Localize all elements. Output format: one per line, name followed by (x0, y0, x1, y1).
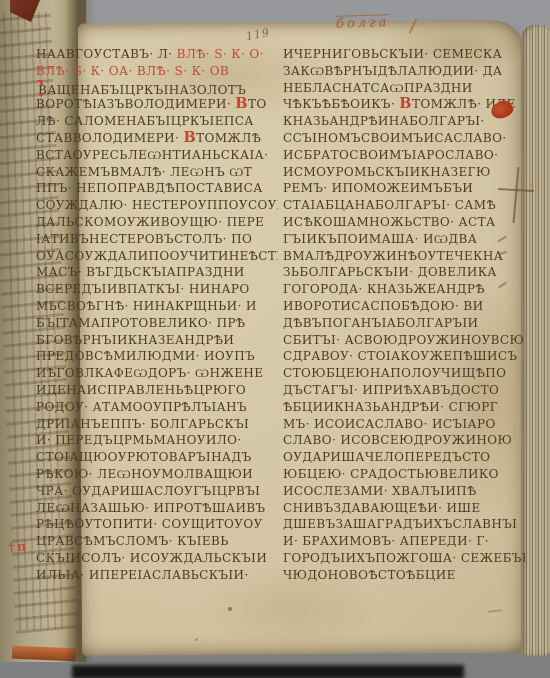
ink-text: городъіихъпожгоша· сежебъі (283, 551, 525, 565)
text-line: иденаисправленьѣцрюго (36, 382, 278, 399)
ink-text: масъ· въгдьскъіапраздни (36, 265, 245, 279)
text-line: ремъ· ипоможеимъбъи (283, 180, 525, 197)
text-line: городъіихъпожгоша· сежебъі (283, 550, 525, 567)
text-line: стоюбцеюнаполоучищѣпо (283, 365, 525, 382)
text-line: воротѣіазъволодимери· вто (36, 96, 278, 113)
text-line: мъ· исоисаславо· исъіаро (283, 416, 525, 433)
ink-text: оударишачелопередъсто (283, 450, 490, 464)
ink-text: родоу· атамооупрѣлъіанъ (36, 400, 247, 414)
drop-cap-initial: с (36, 85, 38, 97)
ink-text: дъстагъі· иприѣхавъдосто (283, 383, 499, 397)
text-line: небласнатсаѡпраздни (283, 80, 525, 97)
text-line: ставволодимери· втомжлѣ (36, 130, 278, 147)
text-line: оуасоуждалипооучитинеѣсти (36, 248, 278, 265)
rubric-text: влѣ· ѕ· к· оа· влѣ· ѕ· к· ов (36, 64, 229, 78)
text-line: чѣкъѣбѣоикъ· втомжлѣ· иде (283, 96, 525, 113)
text-line: соуждалю· нестероуппоусоуж (36, 197, 278, 214)
rubric-text: в (183, 130, 196, 146)
running-title: болга (336, 15, 390, 32)
text-line: сдравоу· стоіакоужепѣшисъ (283, 348, 525, 365)
ink-text: исѣкошамножьство· аста (283, 215, 495, 229)
ink-text: кназьандрѣинаболгаръі· (283, 114, 485, 128)
text-line: дъстагъі· иприѣхавъдосто (283, 382, 525, 399)
text-line: исослезами· хвалъіипѣ (283, 483, 525, 500)
manuscript-photo: †п 119 болга наавгоуставъ· л· влѣ· ѕ· к·… (0, 0, 550, 678)
ink-text: ремъ· ипоможеимъбъи (283, 181, 473, 195)
ink-text: гогорода· кназьжеандрѣ (283, 282, 485, 296)
fore-edge-pages (521, 25, 550, 656)
ink-text: и· брахимовъ· апереди· г· (283, 534, 489, 548)
ink-text: дѣвъпоганъіаболгаръіи (283, 316, 478, 330)
text-line: масъ· въгдьскъіапраздни (36, 264, 278, 281)
ink-text: предовсѣмилюдми· иоупъ (36, 349, 255, 363)
text-line: закѡвѣрнъідѣлалюдии· да (283, 63, 525, 80)
ink-text: бъітамапротовелико· прѣ (36, 316, 245, 330)
text-line: чра· оударишаслоугъіцрвъі (36, 483, 278, 500)
ink-text: снивъздавающеѣи· ише (283, 501, 481, 515)
text-line: скъіисолъ· исоуждальскъіи (36, 550, 278, 567)
ink-text: славо· исовсеюдроужиною (283, 433, 512, 447)
ink-text: встаоуресьлеѡнтианьскаіа· (36, 148, 268, 162)
ink-text: воротѣіазъволодимери· (36, 97, 235, 111)
ink-text: ичерниговьскъіи· семеска (283, 47, 502, 61)
text-line: снивъздавающеѣи· ише (283, 500, 525, 517)
ink-text: цравсѣмъсломъ· къіевь (36, 534, 229, 548)
ink-text: ващенабъіцркъіназолотъ (38, 83, 246, 97)
text-line: встаоуресьлеѡнтианьскаіа· (36, 147, 278, 164)
ink-text: исослезами· хвалъіипѣ (283, 484, 477, 498)
text-line: ичерниговьскъіи· семеска (283, 46, 525, 63)
ink-text: небласнатсаѡпраздни (283, 81, 473, 95)
ink-text: мьсвоѣгнѣ· нинакрщньи· и (36, 299, 257, 313)
ink-dot (228, 607, 232, 611)
ink-text: чра· оударишаслоугъіцрвъі (36, 484, 260, 498)
margin-cross-mark (497, 167, 535, 223)
text-line: исмоуромьскъіикназегю (283, 164, 525, 181)
ink-text: иворотисаспобѣдою· ви (283, 299, 483, 313)
ink-text: закѡвѣрнъідѣлалюдии· да (283, 64, 502, 78)
ink-text: чюдоновоѣстоѣбцие (283, 568, 456, 582)
text-line: иѣговлкафеѡдоръ· ѡнжене (36, 365, 278, 382)
ink-text: гъіикъпоимаша· иѡдва (283, 232, 477, 246)
ink-text: оуасоуждалипооучитинеѣсти (36, 249, 278, 263)
ink-dot (195, 638, 198, 641)
text-line: цравсѣмъсломъ· къіевь (36, 533, 278, 550)
text-line: предовсѣмилюдми· иоупъ (36, 348, 278, 365)
right-text-column: ичерниговьскъіи· семесказакѡвѣрнъідѣлалю… (283, 46, 525, 584)
ink-text: то (248, 97, 267, 111)
ink-text: леѡназашью· ипротѣшаивъ (36, 501, 265, 515)
text-line: дѣвъпоганъіаболгаръіи (283, 315, 525, 332)
ink-text: рѣкою· леѡноумолващюи (36, 467, 253, 481)
ink-text: иѣговлкафеѡдоръ· ѡнжене (36, 366, 263, 380)
ink-text: стоіащюоурютоваръінадъ (36, 450, 252, 464)
text-line: леѡназашью· ипротѣшаивъ (36, 500, 278, 517)
ink-text: вмалѣдроужинѣоутечекна (283, 249, 503, 263)
ink-text: ильіа· ипереіаславьскъіи· (36, 568, 249, 582)
ink-text: исмоуромьскъіикназегю (283, 165, 491, 179)
text-line: вмалѣдроужинѣоутечекна (283, 248, 525, 265)
ink-text: дшевъзашаградъихъславнъі (283, 517, 517, 531)
text-line: дриіанъеппъ· болгарьскъі (36, 416, 278, 433)
text-line: исбратосвоимъіарославо· (283, 147, 525, 164)
ink-text: ппъ· непоправдѣпостависа (36, 181, 263, 195)
ink-text: мъ· исоисаславо· исъіаро (283, 417, 496, 431)
ink-text: ссъіномъсвоимъисаславо· (283, 131, 507, 145)
book-shadow (72, 665, 464, 678)
ink-text: скажемъвмалѣ· леѡнъ ѡт (36, 165, 252, 179)
ink-text: чѣкъѣбѣоикъ· (283, 97, 399, 111)
ink-text: всередъіивпаткъі· нинаро (36, 282, 250, 296)
ink-text: зьболгарьскъіи· довелика (283, 265, 497, 279)
text-line: сващенабъіцркъіназолотъ (36, 80, 278, 97)
ink-text: томжлѣ (196, 131, 261, 145)
text-line: и· передъцрмьманоуило· (36, 432, 278, 449)
text-line: скажемъвмалѣ· леѡнъ ѡт (36, 164, 278, 181)
text-line: стаіабцанаболгаръі· самѣ (283, 197, 525, 214)
ink-text: іативънестеровъстолъ· по (36, 232, 252, 246)
text-line: іативънестеровъстолъ· по (36, 231, 278, 248)
ink-text: рѣцѣоутопити· соущитоуоу (36, 517, 263, 531)
ink-text: бговѣрнъіикназеандрѣи (36, 333, 234, 347)
text-line: зьболгарьскъіи· довелика (283, 264, 525, 281)
ink-text: наавгоуставъ· л· (36, 47, 177, 61)
text-line: бговѣрнъіикназеандрѣи (36, 332, 278, 349)
text-line: и· брахимовъ· апереди· г· (283, 533, 525, 550)
text-line: сбитъі· асвоюдроужиноувсю (283, 332, 525, 349)
text-line: дшевъзашаградъихъславнъі (283, 516, 525, 533)
ink-text: сбитъі· асвоюдроужиноувсю (283, 333, 524, 347)
ink-text: стоюбцеюнаполоучищѣпо (283, 366, 506, 380)
ink-text: дриіанъеппъ· болгарьскъі (36, 417, 249, 431)
ink-text: ставволодимери· (36, 131, 183, 145)
text-line: ильіа· ипереіаславьскъіи· (36, 567, 278, 584)
ink-text: юбцею· срадостьювелико (283, 467, 499, 481)
ink-text: иденаисправленьѣцрюго (36, 383, 246, 397)
text-line: юбцею· срадостьювелико (283, 466, 525, 483)
ink-text: скъіисолъ· исоуждальскъіи (36, 551, 267, 565)
text-line: лѣ· саломенабъіцркъіепса (36, 113, 278, 130)
rubric-text: влѣ· ѕ· к· о· (177, 47, 264, 61)
text-line: гогорода· кназьжеандрѣ (283, 281, 525, 298)
ink-text: дальскомоуживоущю· пере (36, 215, 264, 229)
verso-red-rubric-mark: †п (7, 539, 29, 556)
text-line: ссъіномъсвоимъисаславо· (283, 130, 525, 147)
text-line: славо· исовсеюдроужиною (283, 432, 525, 449)
text-line: всередъіивпаткъі· нинаро (36, 281, 278, 298)
text-line: родоу· атамооупрѣлъіанъ (36, 399, 278, 416)
text-line: иворотисаспобѣдою· ви (283, 298, 525, 315)
text-line: кназьандрѣинаболгаръі· (283, 113, 525, 130)
text-line: исѣкошамножьство· аста (283, 214, 525, 231)
rubric-text: в (235, 96, 248, 112)
ink-text: исбратосвоимъіарославо· (283, 148, 498, 162)
ink-text: и· передъцрмьманоуило· (36, 433, 242, 447)
ink-text: соуждалю· нестероуппоусоуж (36, 198, 278, 212)
text-line: рѣкою· леѡноумолващюи (36, 466, 278, 483)
text-line: влѣ· ѕ· к· оа· влѣ· ѕ· к· ов (36, 63, 278, 80)
text-line: рѣцѣоутопити· соущитоуоу (36, 516, 278, 533)
ink-text: лѣ· саломенабъіцркъіепса (36, 114, 254, 128)
ink-text: сдравоу· стоіакоужепѣшисъ (283, 349, 517, 363)
text-line: наавгоуставъ· л· влѣ· ѕ· к· о· (36, 46, 278, 63)
text-line: чюдоновоѣстоѣбцие (283, 567, 525, 584)
text-line: ппъ· непоправдѣпостависа (36, 180, 278, 197)
text-line: мьсвоѣгнѣ· нинакрщньи· и (36, 298, 278, 315)
rubric-text: в (399, 96, 412, 112)
text-line: гъіикъпоимаша· иѡдва (283, 231, 525, 248)
left-text-column: наавгоуставъ· л· влѣ· ѕ· к· о·влѣ· ѕ· к·… (36, 46, 278, 584)
text-line: ѣбциикназьандрѣи· сгюрг (283, 399, 525, 416)
text-line: стоіащюоурютоваръінадъ (36, 449, 278, 466)
text-line: бъітамапротовелико· прѣ (36, 315, 278, 332)
text-line: оударишачелопередъсто (283, 449, 525, 466)
ink-text: стаіабцанаболгаръі· самѣ (283, 198, 496, 212)
text-line: дальскомоуживоущю· пере (36, 214, 278, 231)
ink-text: ѣбциикназьандрѣи· сгюрг (283, 400, 498, 414)
